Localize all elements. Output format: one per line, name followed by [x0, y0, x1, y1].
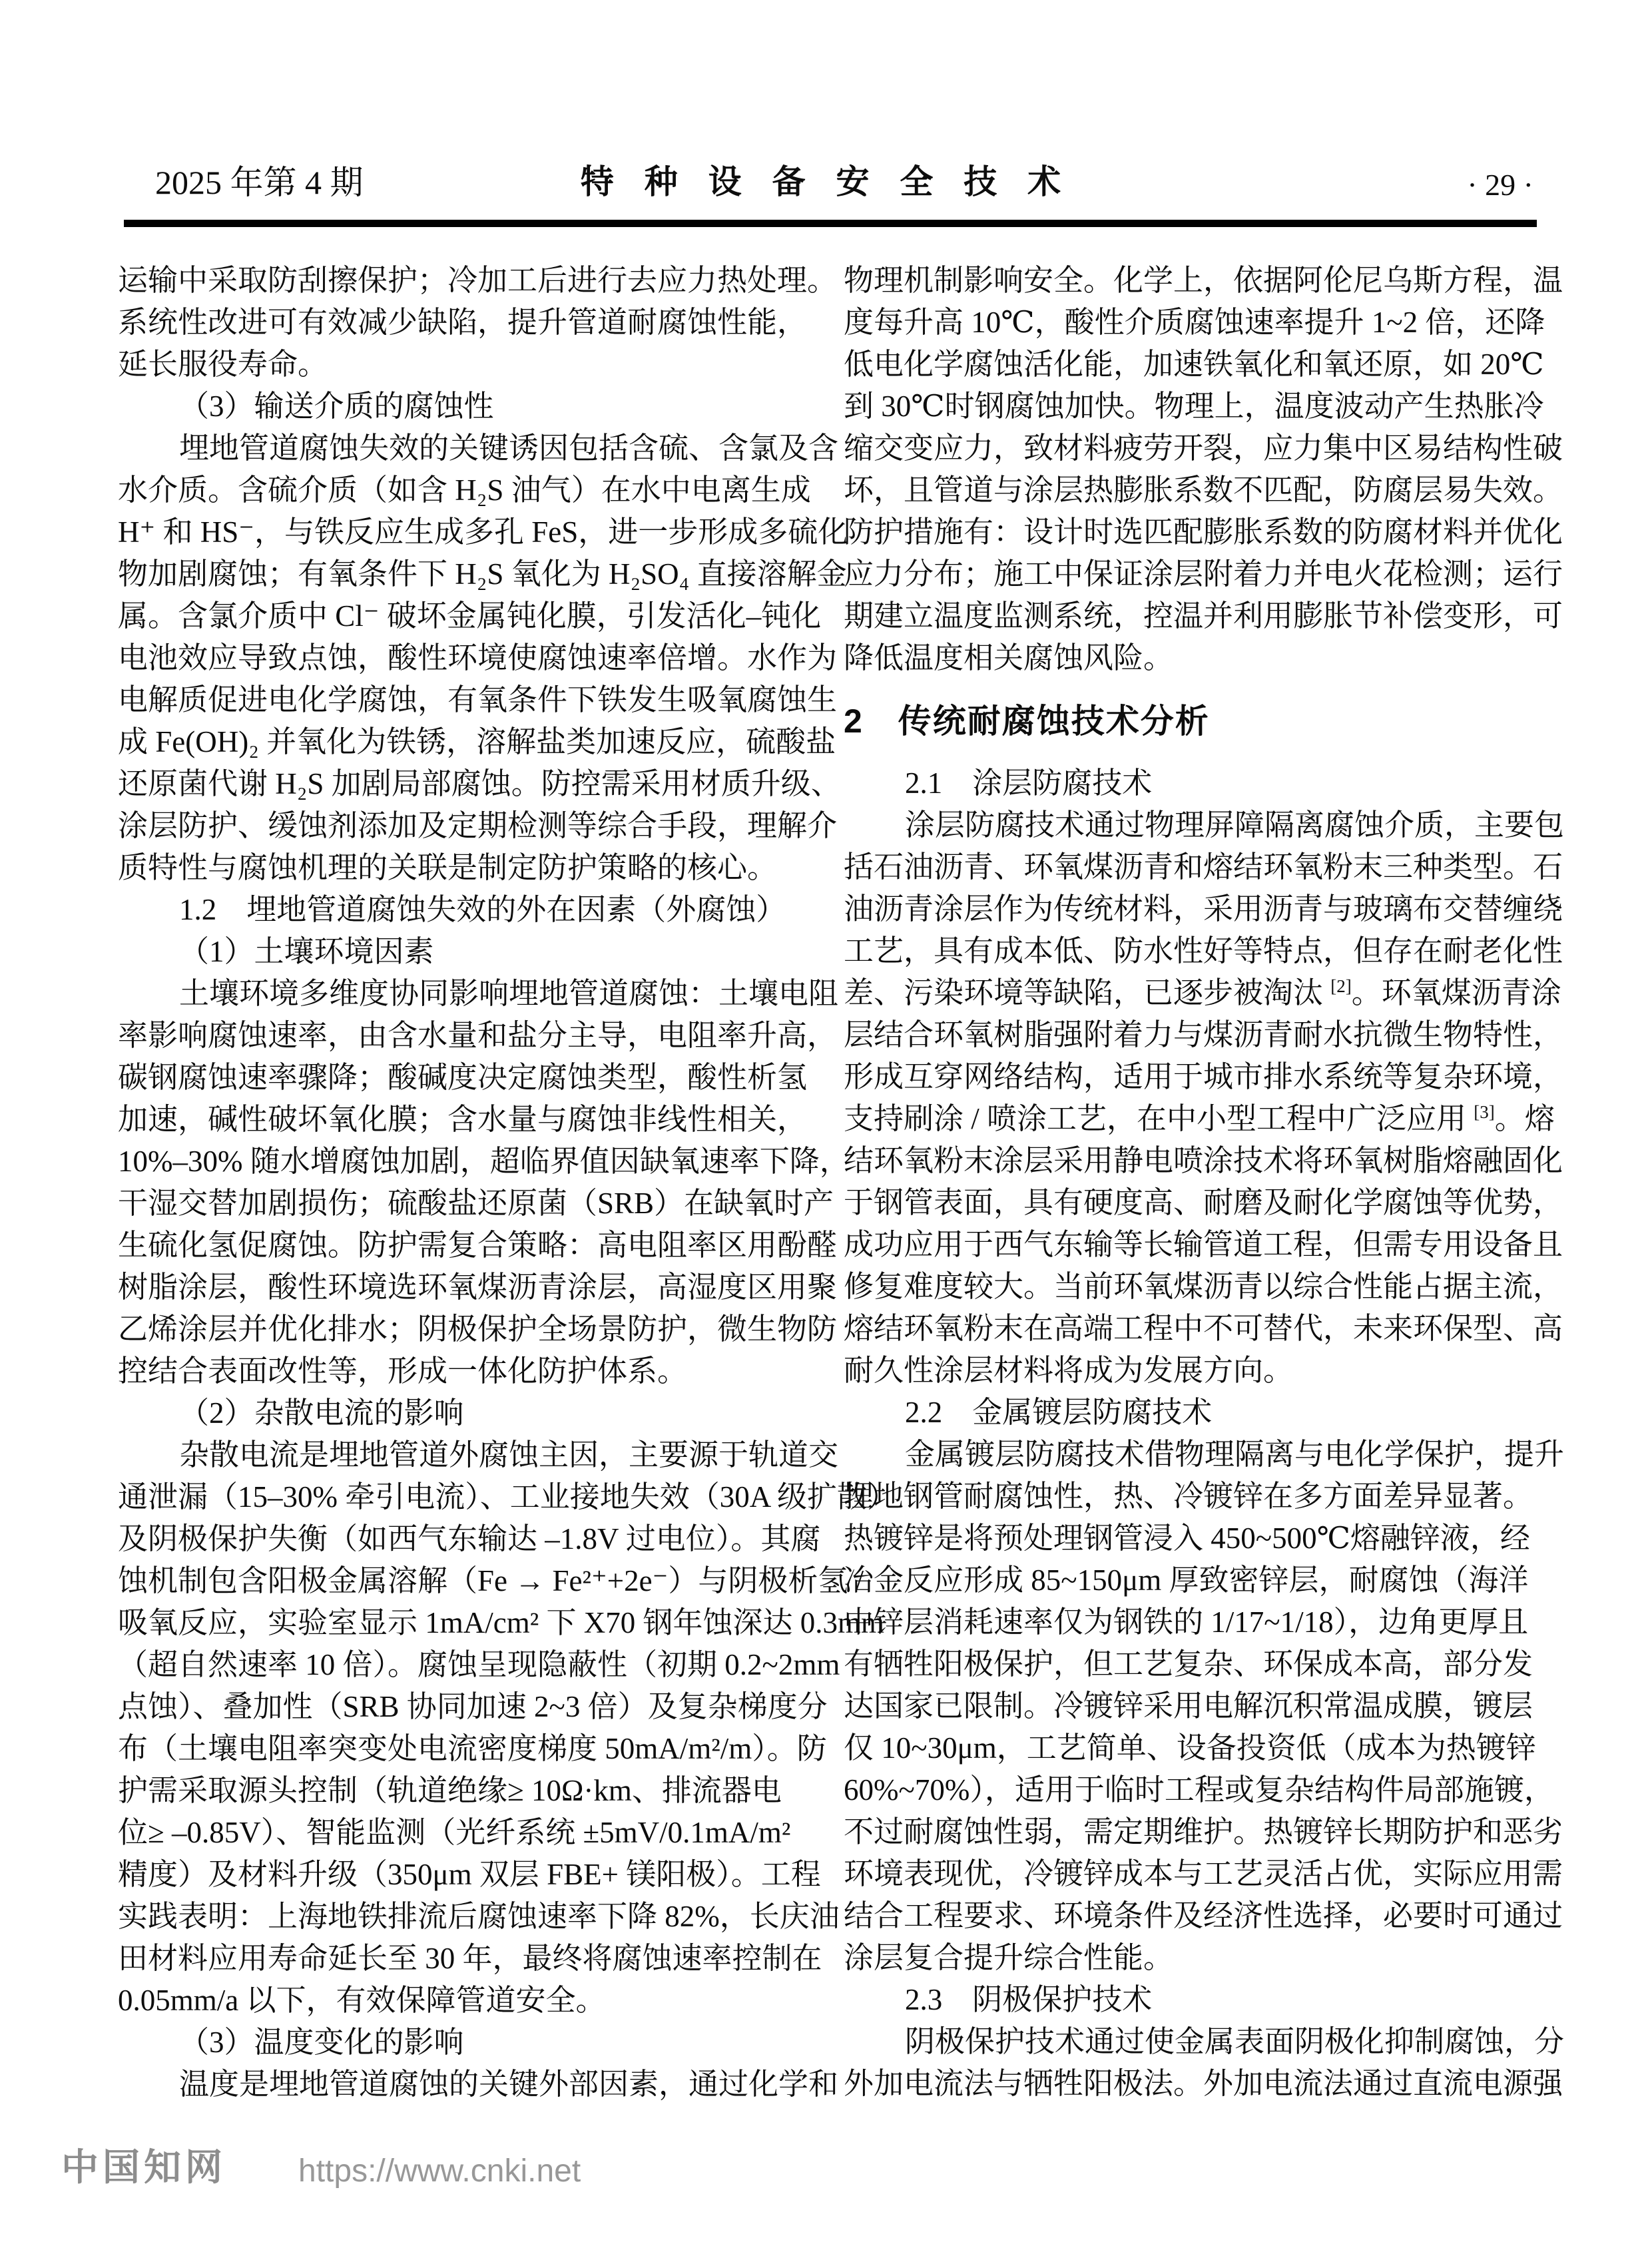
text-segment: 支持刷涂 / 喷涂工艺，在中小型工程中广泛应用 — [844, 1102, 1474, 1135]
text-line: 降低温度相关腐蚀风险。 — [844, 637, 1540, 679]
text-line: 运输中采取防刮擦保护；冷加工后进行去应力热处理。 — [118, 260, 814, 302]
text-line: 耐久性涂层材料将成为发展方向。 — [844, 1350, 1540, 1392]
text-line: 埋地管道腐蚀失效的关键诱因包括含硫、含氯及含 — [118, 427, 814, 469]
text-line: 物理机制影响安全。化学上，依据阿伦尼乌斯方程，温 — [844, 260, 1540, 302]
text-line: 达国家已限制。冷镀锌采用电解沉积常温成膜，镀层 — [844, 1685, 1540, 1727]
page-number: · 29 · — [1467, 166, 1533, 204]
text-line: 还原菌代谢 H₂S 加剧局部腐蚀。防控需采用材质升级、 — [118, 763, 814, 805]
cnki-watermark-url: https://www.cnki.net — [298, 2152, 581, 2191]
text-line: 度每升高 10℃，酸性介质腐蚀速率提升 1~2 倍，还降 — [844, 302, 1540, 344]
text-line: 护需采取源头控制（轨道绝缘≥ 10Ω·km、排流器电 — [118, 1770, 814, 1812]
text-line: 有牺牲阳极保护，但工艺复杂、环保成本高，部分发 — [844, 1643, 1540, 1685]
reference-superscript: [2] — [1330, 976, 1351, 996]
text-line: 蚀机制包含阳极金属溶解（Fe → Fe²⁺+2e⁻）与阴极析氢 / — [118, 1560, 814, 1602]
text-line: 工艺，具有成本低、防水性好等特点，但存在耐老化性 — [844, 930, 1540, 972]
left-column: 运输中采取防刮擦保护；冷加工后进行去应力热处理。系统性改进可有效减少缺陷，提升管… — [118, 260, 814, 2105]
text-line: 缩交变应力，致材料疲劳开裂，应力集中区易结构性破 — [844, 427, 1540, 469]
text-line: 结环氧粉末涂层采用静电喷涂技术将环氧树脂熔融固化 — [844, 1140, 1540, 1182]
text-line: 通泄漏（15–30% 牵引电流）、工业接地失效（30A 级扩散） — [118, 1476, 814, 1518]
text-line: 外加电流法与牺牲阳极法。外加电流法通过直流电源强 — [844, 2063, 1540, 2105]
text-line: （1）土壤环境因素 — [118, 931, 814, 973]
text-line: 布（土壤电阻率突变处电流密度梯度 50mA/m²/m）。防 — [118, 1728, 814, 1770]
text-line: 冶金反应形成 85~150μm 厚致密锌层，耐腐蚀（海洋 — [844, 1559, 1540, 1601]
text-line: 熔结环氧粉末在高端工程中不可替代，未来环保型、高 — [844, 1308, 1540, 1350]
text-line: 物加剧腐蚀；有氧条件下 H₂S 氧化为 H₂SO₄ 直接溶解金 — [118, 553, 814, 595]
text-line: 精度）及材料升级（350μm 双层 FBE+ 镁阳极）。工程 — [118, 1854, 814, 1896]
text-line: 仅 10~30μm，工艺简单、设备投资低（成本为热镀锌 — [844, 1727, 1540, 1769]
text-segment: 。环氧煤沥青涂 — [1352, 976, 1561, 1009]
text-line: 杂散电流是埋地管道外腐蚀主因，主要源于轨道交 — [118, 1434, 814, 1476]
scanned-journal-page: 2025 年第 4 期 特 种 设 备 安 全 技 术 · 29 · 运输中采取… — [0, 0, 1652, 2242]
text-line: 于钢管表面，具有硬度高、耐磨及耐化学腐蚀等优势， — [844, 1182, 1540, 1224]
text-line: 应力分布；施工中保证涂层附着力并电火花检测；运行 — [844, 553, 1540, 595]
text-line: 油沥青涂层作为传统材料，采用沥青与玻璃布交替缠绕 — [844, 888, 1540, 930]
subsection-heading: 1.2 埋地管道腐蚀失效的外在因素（外腐蚀） — [118, 889, 814, 931]
text-line: 涂层防腐技术通过物理屏障隔离腐蚀介质，主要包 — [844, 804, 1540, 846]
journal-title: 特 种 设 备 安 全 技 术 — [127, 161, 1525, 202]
text-line: 温度是埋地管道腐蚀的关键外部因素，通过化学和 — [118, 2064, 814, 2105]
text-line: 电解质促进电化学腐蚀，有氧条件下铁发生吸氧腐蚀生 — [118, 679, 814, 721]
text-line: 乙烯涂层并优化排水；阴极保护全场景防护，微生物防 — [118, 1308, 814, 1350]
text-line: 控结合表面改性等，形成一体化防护体系。 — [118, 1350, 814, 1392]
text-line: 干湿交替加剧损伤；硫酸盐还原菌（SRB）在缺氧时产 — [118, 1183, 814, 1225]
text-line: 加速，碱性破坏氧化膜；含水量与腐蚀非线性相关， — [118, 1099, 814, 1141]
text-line: 吸氧反应，实验室显示 1mA/cm² 下 X70 钢年蚀深达 0.3mm — [118, 1602, 814, 1644]
text-line: 田材料应用寿命延长至 30 年，最终将腐蚀速率控制在 — [118, 1938, 814, 1980]
text-line: 实践表明：上海地铁排流后腐蚀速率下降 82%，长庆油 — [118, 1896, 814, 1938]
text-line: 0.05mm/a 以下，有效保障管道安全。 — [118, 1980, 814, 2022]
text-line: 成功应用于西气东输等长输管道工程，但需专用设备且 — [844, 1224, 1540, 1266]
text-line: 系统性改进可有效减少缺陷，提升管道耐腐蚀性能， — [118, 302, 814, 344]
text-line: 差、污染环境等缺陷，已逐步被淘汰 [2]。环氧煤沥青涂 — [844, 972, 1540, 1014]
text-line: 位≥ –0.85V）、智能监测（光纤系统 ±5mV/0.1mA/m² — [118, 1812, 814, 1854]
text-line: 生硫化氢促腐蚀。防护需复合策略：高电阻率区用酚醛 — [118, 1225, 814, 1266]
section-heading: 2 传统耐腐蚀技术分析 — [844, 701, 1540, 742]
document-page: { "header": { "issue": "2025 年第 4 期", "j… — [0, 0, 1652, 2242]
header-rule — [124, 220, 1537, 227]
reference-superscript: [3] — [1474, 1102, 1494, 1122]
text-line: 括石油沥青、环氧煤沥青和熔结环氧粉末三种类型。石 — [844, 846, 1540, 888]
text-line: 低电化学腐蚀活化能，加速铁氧化和氧还原，如 20℃ — [844, 344, 1540, 386]
text-line: 环境表现优，冷镀锌成本与工艺灵活占优，实际应用需 — [844, 1853, 1540, 1895]
text-line: 支持刷涂 / 喷涂工艺，在中小型工程中广泛应用 [3]。熔 — [844, 1098, 1540, 1140]
text-line: （超自然速率 10 倍）。腐蚀呈现隐蔽性（初期 0.2~2mm — [118, 1644, 814, 1686]
text-line: 涂层防护、缓蚀剂添加及定期检测等综合手段，理解介 — [118, 805, 814, 847]
right-column: 物理机制影响安全。化学上，依据阿伦尼乌斯方程，温度每升高 10℃，酸性介质腐蚀速… — [844, 260, 1540, 2105]
text-line: 到 30℃时钢腐蚀加快。物理上，温度波动产生热胀冷 — [844, 386, 1540, 427]
text-line: （3）温度变化的影响 — [118, 2022, 814, 2064]
text-line: 阴极保护技术通过使金属表面阴极化抑制腐蚀，分 — [844, 2021, 1540, 2063]
text-segment: 差、污染环境等缺陷，已逐步被淘汰 — [844, 976, 1330, 1009]
text-line: 涂层复合提升综合性能。 — [844, 1937, 1540, 1979]
text-line: 点蚀）、叠加性（SRB 协同加速 2~3 倍）及复杂梯度分 — [118, 1686, 814, 1728]
text-line: 树脂涂层，酸性环境选环氧煤沥青涂层，高湿度区用聚 — [118, 1266, 814, 1308]
text-line: 形成互穿网络结构，适用于城市排水系统等复杂环境， — [844, 1056, 1540, 1098]
text-line: 电池效应导致点蚀，酸性环境使腐蚀速率倍增。水作为 — [118, 637, 814, 679]
text-line: 水介质。含硫介质（如含 H₂S 油气）在水中电离生成 — [118, 469, 814, 511]
text-line: 土壤环境多维度协同影响埋地管道腐蚀：土壤电阻 — [118, 973, 814, 1015]
text-line: 率影响腐蚀速率，由含水量和盐分主导，电阻率升高， — [118, 1015, 814, 1057]
text-line: 中锌层消耗速率仅为钢铁的 1/17~1/18），边角更厚且 — [844, 1601, 1540, 1643]
text-line: 热镀锌是将预处理钢管浸入 450~500℃熔融锌液，经 — [844, 1518, 1540, 1559]
subsection-heading: 2.3 阴极保护技术 — [844, 1979, 1540, 2021]
text-line: 埋地钢管耐腐蚀性，热、冷镀锌在多方面差异显著。 — [844, 1476, 1540, 1518]
subsection-heading: 2.1 涂层防腐技术 — [844, 762, 1540, 804]
text-line: 期建立温度监测系统，控温并利用膨胀节补偿变形，可 — [844, 595, 1540, 637]
text-line: （2）杂散电流的影响 — [118, 1392, 814, 1434]
text-line: 60%~70%），适用于临时工程或复杂结构件局部施镀， — [844, 1769, 1540, 1811]
text-line: 碳钢腐蚀速率骤降；酸碱度决定腐蚀类型，酸性析氢 — [118, 1057, 814, 1099]
text-line: 10%–30% 随水增腐蚀加剧，超临界值因缺氧速率下降， — [118, 1141, 814, 1183]
text-line: 及阴极保护失衡（如西气东输达 –1.8V 过电位）。其腐 — [118, 1518, 814, 1560]
text-segment: 。熔 — [1495, 1102, 1555, 1135]
text-line: 不过耐腐蚀性弱，需定期维护。热镀锌长期防护和恶劣 — [844, 1811, 1540, 1853]
text-line: 成 Fe(OH)₂ 并氧化为铁锈，溶解盐类加速反应，硫酸盐 — [118, 721, 814, 763]
text-line: 金属镀层防腐技术借物理隔离与电化学保护，提升 — [844, 1434, 1540, 1476]
text-line: 层结合环氧树脂强附着力与煤沥青耐水抗微生物特性， — [844, 1014, 1540, 1056]
text-line: 属。含氯介质中 Cl⁻ 破坏金属钝化膜，引发活化–钝化 — [118, 595, 814, 637]
text-line: 修复难度较大。当前环氧煤沥青以综合性能占据主流， — [844, 1266, 1540, 1308]
text-line: 防护措施有：设计时选匹配膨胀系数的防腐材料并优化 — [844, 511, 1540, 553]
cnki-watermark-brand: 中国知网 — [61, 2145, 226, 2189]
text-line: 结合工程要求、环境条件及经济性选择，必要时可通过 — [844, 1895, 1540, 1937]
text-line: 延长服役寿命。 — [118, 344, 814, 386]
text-line: 质特性与腐蚀机理的关联是制定防护策略的核心。 — [118, 847, 814, 889]
text-line: 坏，且管道与涂层热膨胀系数不匹配，防腐层易失效。 — [844, 469, 1540, 511]
text-line: H⁺ 和 HS⁻，与铁反应生成多孔 FeS，进一步形成多硫化 — [118, 511, 814, 553]
subsection-heading: 2.2 金属镀层防腐技术 — [844, 1392, 1540, 1434]
text-line: （3）输送介质的腐蚀性 — [118, 386, 814, 427]
